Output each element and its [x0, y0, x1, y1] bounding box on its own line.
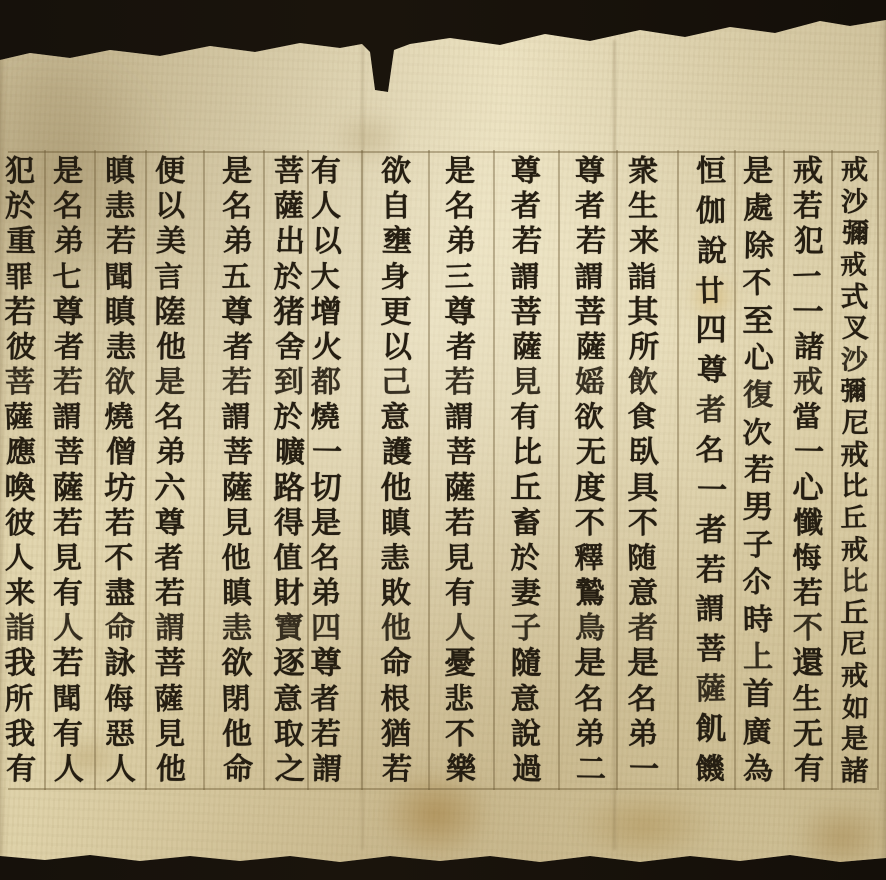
calligraphy-character: 見 [155, 720, 185, 750]
calligraphy-character: 逐 [273, 649, 304, 680]
text-column-3: 是處除不至心復次若男子尒時上首廣為 [737, 157, 779, 785]
calligraphy-character: 若 [696, 555, 726, 585]
calligraphy-character: 他 [381, 614, 411, 644]
calligraphy-character: 戒 [840, 252, 867, 279]
calligraphy-character: 若 [53, 368, 83, 398]
calligraphy-character: 名 [627, 685, 657, 715]
calligraphy-character: 具 [627, 473, 658, 504]
calligraphy-character: 值 [273, 544, 303, 574]
calligraphy-character: 時 [743, 605, 773, 635]
calligraphy-character: 當 [792, 403, 822, 433]
calligraphy-character: 鳥 [575, 614, 605, 644]
calligraphy-character: 心 [744, 344, 775, 375]
calligraphy-character: 更 [380, 297, 411, 328]
calligraphy-character: 是 [311, 509, 341, 539]
calligraphy-character: 聞 [104, 263, 134, 293]
text-column-5: 衆生来詣其所飲食臥具不随意者是名弟一 [622, 157, 664, 785]
calligraphy-character: 尊 [575, 157, 605, 187]
calligraphy-character: 若 [155, 579, 185, 609]
calligraphy-character: 薩 [444, 473, 475, 504]
calligraphy-character: 彌 [840, 378, 867, 405]
text-column-7: 尊者若謂菩薩見有比丘畜於妻子隨意說過 [505, 157, 547, 785]
calligraphy-character: 男 [742, 493, 773, 524]
calligraphy-character: 所 [4, 685, 34, 715]
calligraphy-character: 一 [792, 297, 823, 328]
calligraphy-character: 一 [629, 755, 660, 786]
calligraphy-character: 諸 [840, 757, 868, 785]
calligraphy-character: 火 [312, 333, 343, 364]
calligraphy-character: 若 [106, 227, 137, 258]
calligraphy-character: 詣 [627, 263, 657, 293]
calligraphy-character: 說 [511, 720, 541, 750]
calligraphy-character: 得 [274, 509, 304, 539]
calligraphy-character: 他 [221, 544, 251, 574]
calligraphy-character: 意 [273, 685, 303, 715]
text-column-15: 是名弟七尊者若謂菩薩若見有人若聞有人 [47, 157, 89, 785]
calligraphy-character: 三 [444, 263, 474, 293]
calligraphy-character: 見 [444, 544, 474, 574]
calligraphy-character: 欲 [381, 157, 411, 187]
calligraphy-character: 命 [223, 755, 254, 786]
calligraphy-character: 尊 [444, 297, 475, 328]
calligraphy-character: 人 [445, 614, 475, 644]
calligraphy-character: 尊 [511, 157, 541, 187]
calligraphy-character: 悔 [792, 544, 822, 574]
calligraphy-character: 若 [793, 192, 823, 222]
calligraphy-character: 意 [380, 403, 410, 433]
calligraphy-character: 一 [792, 263, 822, 293]
calligraphy-character: 謂 [574, 263, 604, 293]
calligraphy-character: 名 [695, 436, 725, 466]
calligraphy-character: 彼 [5, 509, 35, 539]
calligraphy-character: 菩 [54, 438, 85, 469]
calligraphy-character: 欲 [221, 649, 252, 680]
calligraphy-character: 六 [154, 473, 185, 504]
calligraphy-character: 有 [311, 157, 341, 187]
calligraphy-character: 四 [695, 316, 726, 347]
calligraphy-character: 尼 [841, 410, 869, 438]
calligraphy-character: 伽 [696, 197, 726, 227]
calligraphy-character: 侮 [104, 685, 134, 715]
calligraphy-character: 廿 [695, 277, 725, 307]
calligraphy-character: 詠 [104, 649, 135, 680]
calligraphy-character: 憂 [444, 649, 475, 680]
text-column-8: 是名弟三尊者若謂菩薩若見有人憂悲不樂 [439, 157, 481, 785]
calligraphy-character: 意 [628, 579, 658, 609]
calligraphy-character: 若 [512, 227, 543, 258]
calligraphy-character: 其 [627, 297, 658, 328]
calligraphy-character: 度 [574, 473, 605, 504]
calligraphy-character: 過 [512, 755, 543, 786]
calligraphy-character: 是 [445, 157, 475, 187]
calligraphy-character: 於 [510, 544, 540, 574]
calligraphy-character: 是 [840, 726, 867, 753]
calligraphy-character: 切 [310, 473, 341, 504]
calligraphy-character: 式 [840, 283, 868, 311]
calligraphy-character: 若 [105, 509, 135, 539]
calligraphy-character: 戒 [840, 536, 867, 563]
calligraphy-character: 謂 [312, 755, 343, 786]
calligraphy-character: 惡 [105, 720, 135, 750]
calligraphy-character: 瞋 [105, 157, 135, 187]
text-column-9: 欲自壅身更以己意護他瞋恚敗他命根猶若 [375, 157, 417, 785]
calligraphy-character: 閉 [221, 685, 251, 715]
calligraphy-character: 弟 [223, 227, 254, 258]
calligraphy-character: 饑 [695, 755, 725, 785]
manuscript-text: 戒沙彌戒式叉沙彌尼戒比丘戒比丘尼戒如是諸戒若犯一一諸戒當一心懺悔若不還生无有是處… [0, 0, 886, 880]
text-column-10: 有人以大增火都燒一切是名弟四尊者若謂 [305, 157, 347, 785]
calligraphy-character: 五 [221, 263, 251, 293]
calligraphy-character: 者 [695, 515, 726, 546]
calligraphy-character: 若 [576, 227, 607, 258]
calligraphy-character: 有 [794, 755, 825, 786]
calligraphy-character: 尊 [697, 356, 728, 387]
calligraphy-character: 他 [156, 755, 187, 786]
calligraphy-character: 名 [310, 544, 340, 574]
calligraphy-character: 聞 [52, 685, 82, 715]
calligraphy-character: 者 [54, 333, 85, 364]
calligraphy-character: 我 [4, 649, 35, 680]
calligraphy-character: 若 [744, 456, 775, 487]
calligraphy-character: 戒 [793, 368, 823, 398]
calligraphy-character: 薩 [696, 675, 726, 705]
calligraphy-character: 不 [628, 509, 658, 539]
calligraphy-character: 薩 [154, 685, 184, 715]
calligraphy-character: 為 [743, 755, 773, 785]
calligraphy-character: 路 [273, 473, 304, 504]
calligraphy-character: 恚 [106, 333, 137, 364]
calligraphy-character: 身 [380, 263, 410, 293]
calligraphy-character: 尊 [221, 297, 252, 328]
calligraphy-character: 彼 [6, 333, 37, 364]
calligraphy-character: 出 [275, 227, 306, 258]
calligraphy-character: 沙 [840, 347, 867, 374]
calligraphy-character: 燒 [310, 403, 340, 433]
calligraphy-character: 尼 [840, 631, 867, 658]
calligraphy-character: 以 [155, 192, 185, 222]
calligraphy-character: 謂 [695, 596, 725, 626]
calligraphy-character: 薩 [221, 473, 252, 504]
calligraphy-character: 弟 [54, 227, 85, 258]
calligraphy-character: 處 [743, 194, 773, 224]
calligraphy-character: 他 [156, 333, 187, 364]
calligraphy-character: 若 [52, 649, 83, 680]
calligraphy-character: 有 [53, 720, 83, 750]
calligraphy-character: 見 [52, 544, 82, 574]
calligraphy-character: 者 [575, 192, 605, 222]
calligraphy-character: 於 [273, 263, 303, 293]
calligraphy-character: 名 [445, 192, 475, 222]
scroll-paper: 戒沙彌戒式叉沙彌尼戒比丘戒比丘尼戒如是諸戒若犯一一諸戒當一心懺悔若不還生无有是處… [0, 0, 886, 880]
calligraphy-character: 寶 [274, 614, 304, 644]
calligraphy-character: 菩 [5, 368, 35, 398]
calligraphy-character: 弟 [446, 227, 477, 258]
calligraphy-character: 者 [154, 544, 184, 574]
calligraphy-character: 不 [793, 614, 823, 644]
calligraphy-character: 壅 [382, 227, 413, 258]
calligraphy-character: 来 [629, 227, 660, 258]
text-column-2: 戒若犯一一諸戒當一心懺悔若不還生无有 [787, 157, 829, 785]
calligraphy-character: 无 [576, 438, 607, 469]
calligraphy-character: 人 [106, 755, 137, 786]
calligraphy-character: 不 [575, 509, 605, 539]
calligraphy-character: 謂 [52, 403, 82, 433]
calligraphy-character: 生 [792, 685, 822, 715]
calligraphy-character: 若 [445, 509, 475, 539]
calligraphy-character: 有 [510, 403, 540, 433]
calligraphy-character: 猶 [381, 720, 411, 750]
calligraphy-character: 所 [629, 333, 660, 364]
calligraphy-character: 名 [53, 192, 83, 222]
calligraphy-character: 恚 [222, 614, 252, 644]
calligraphy-character: 有 [445, 579, 475, 609]
calligraphy-character: 薩 [576, 333, 607, 364]
calligraphy-character: 一 [697, 476, 728, 507]
calligraphy-character: 比 [840, 568, 867, 595]
calligraphy-character: 者 [446, 333, 477, 364]
text-column-14: 瞋恚若聞瞋恚欲燒僧坊若不盡命詠侮惡人 [99, 157, 141, 785]
calligraphy-character: 瞋 [104, 297, 135, 328]
calligraphy-character: 瞋 [222, 579, 252, 609]
calligraphy-character: 於 [273, 403, 303, 433]
calligraphy-character: 他 [380, 473, 411, 504]
calligraphy-character: 衆 [628, 157, 658, 187]
calligraphy-character: 一 [794, 438, 825, 469]
calligraphy-character: 謂 [155, 614, 185, 644]
calligraphy-character: 戒 [793, 157, 823, 187]
calligraphy-character: 尊 [155, 509, 185, 539]
calligraphy-character: 飲 [628, 368, 658, 398]
calligraphy-character: 一 [312, 438, 343, 469]
calligraphy-character: 諸 [794, 333, 825, 364]
calligraphy-character: 若 [445, 368, 475, 398]
calligraphy-character: 不 [104, 544, 134, 574]
calligraphy-character: 廣 [742, 718, 772, 748]
calligraphy-character: 若 [222, 368, 252, 398]
calligraphy-character: 說 [697, 236, 728, 267]
calligraphy-character: 薩 [274, 192, 304, 222]
calligraphy-character: 丘 [840, 505, 867, 532]
calligraphy-character: 隨 [510, 649, 541, 680]
calligraphy-character: 生 [628, 192, 658, 222]
calligraphy-character: 取 [274, 720, 304, 750]
calligraphy-character: 僧 [106, 438, 137, 469]
calligraphy-character: 燒 [104, 403, 134, 433]
calligraphy-character: 根 [380, 685, 410, 715]
calligraphy-character: 丘 [840, 599, 868, 627]
calligraphy-character: 命 [105, 614, 135, 644]
calligraphy-character: 悲 [444, 685, 474, 715]
calligraphy-character: 者 [696, 396, 726, 426]
calligraphy-character: 是 [743, 157, 773, 187]
calligraphy-character: 名 [222, 192, 252, 222]
text-column-6: 尊者若謂菩薩媱欲无度不釋鷙鳥是名弟二 [569, 157, 611, 785]
calligraphy-character: 若 [311, 720, 341, 750]
calligraphy-character: 隓 [154, 297, 185, 328]
calligraphy-character: 謂 [221, 403, 251, 433]
calligraphy-character: 舍 [275, 333, 306, 364]
calligraphy-character: 弟 [311, 579, 341, 609]
calligraphy-character: 戒 [840, 441, 868, 469]
calligraphy-character: 樂 [446, 755, 477, 786]
calligraphy-character: 臥 [629, 438, 660, 469]
calligraphy-character: 護 [382, 438, 413, 469]
calligraphy-character: 有 [6, 755, 37, 786]
calligraphy-character: 見 [222, 509, 252, 539]
calligraphy-character: 命 [380, 649, 411, 680]
calligraphy-character: 犯 [5, 157, 35, 187]
calligraphy-character: 是 [155, 368, 185, 398]
calligraphy-character: 有 [53, 579, 83, 609]
calligraphy-character: 罪 [4, 263, 34, 293]
calligraphy-character: 之 [275, 755, 306, 786]
calligraphy-character: 見 [511, 368, 541, 398]
calligraphy-character: 坊 [104, 473, 135, 504]
calligraphy-character: 詣 [5, 614, 35, 644]
calligraphy-character: 是 [627, 649, 658, 680]
calligraphy-character: 釋 [574, 544, 604, 574]
calligraphy-character: 弟 [156, 438, 187, 469]
text-column-16: 犯於重罪若彼菩薩應喚彼人来詣我所我有 [0, 157, 41, 785]
calligraphy-character: 子 [511, 614, 541, 644]
calligraphy-character: 者 [310, 685, 340, 715]
calligraphy-character: 懺 [793, 509, 823, 539]
calligraphy-character: 恚 [380, 544, 410, 574]
calligraphy-character: 二 [576, 755, 607, 786]
calligraphy-character: 彌 [841, 220, 869, 248]
calligraphy-character: 子 [743, 531, 773, 561]
calligraphy-character: 曠 [275, 438, 306, 469]
calligraphy-character: 尒 [742, 568, 772, 598]
calligraphy-character: 比 [840, 473, 867, 500]
calligraphy-character: 欲 [574, 403, 604, 433]
calligraphy-character: 不 [742, 269, 772, 299]
calligraphy-character: 比 [512, 438, 543, 469]
calligraphy-character: 菩 [223, 438, 254, 469]
calligraphy-character: 名 [154, 403, 184, 433]
calligraphy-character: 畜 [511, 509, 541, 539]
calligraphy-character: 弟 [575, 720, 605, 750]
calligraphy-character: 都 [311, 368, 341, 398]
calligraphy-character: 便 [155, 157, 185, 187]
calligraphy-character: 戒 [840, 663, 867, 690]
calligraphy-character: 還 [792, 649, 823, 680]
calligraphy-character: 来 [5, 579, 35, 609]
calligraphy-character: 應 [6, 438, 37, 469]
calligraphy-character: 菩 [574, 297, 605, 328]
calligraphy-character: 叉 [841, 315, 869, 343]
calligraphy-character: 戒 [840, 157, 867, 184]
calligraphy-character: 恒 [696, 157, 726, 187]
calligraphy-character: 到 [274, 368, 304, 398]
calligraphy-character: 随 [627, 544, 657, 574]
calligraphy-character: 敗 [381, 579, 411, 609]
calligraphy-character: 重 [6, 227, 37, 258]
calligraphy-character: 是 [574, 649, 605, 680]
calligraphy-character: 盡 [105, 579, 135, 609]
calligraphy-character: 若 [793, 579, 823, 609]
calligraphy-character: 上 [743, 643, 773, 673]
calligraphy-character: 菩 [154, 649, 185, 680]
calligraphy-character: 人 [53, 614, 83, 644]
calligraphy-character: 丘 [510, 473, 541, 504]
calligraphy-character: 鷙 [575, 579, 605, 609]
text-column-12: 是名弟五尊者若謂菩薩見他瞋恚欲閉他命 [216, 157, 258, 785]
calligraphy-character: 薩 [512, 333, 543, 364]
calligraphy-character: 自 [381, 192, 411, 222]
calligraphy-character: 於 [5, 192, 35, 222]
text-column-1: 戒沙彌戒式叉沙彌尼戒比丘戒比丘尼戒如是諸 [833, 157, 875, 785]
calligraphy-character: 大 [310, 263, 340, 293]
calligraphy-character: 者 [511, 192, 541, 222]
calligraphy-character: 尊 [52, 297, 83, 328]
calligraphy-character: 我 [5, 720, 35, 750]
calligraphy-character: 人 [4, 544, 34, 574]
calligraphy-character: 四 [311, 614, 341, 644]
calligraphy-character: 若 [382, 755, 413, 786]
calligraphy-character: 增 [310, 297, 341, 328]
calligraphy-character: 菩 [696, 635, 726, 665]
calligraphy-character: 己 [381, 368, 411, 398]
calligraphy-character: 他 [222, 720, 252, 750]
calligraphy-character: 不 [445, 720, 475, 750]
calligraphy-character: 者 [223, 333, 254, 364]
calligraphy-character: 菩 [446, 438, 477, 469]
text-column-4: 恒伽說廿四尊者名一者若謂菩薩飢饑 [690, 157, 732, 785]
calligraphy-character: 喚 [4, 473, 35, 504]
calligraphy-character: 首 [742, 680, 773, 711]
calligraphy-character: 薩 [4, 403, 34, 433]
calligraphy-character: 財 [274, 579, 304, 609]
calligraphy-character: 是 [53, 157, 83, 187]
calligraphy-character: 飢 [695, 714, 726, 745]
text-column-11: 菩薩出於猪舍到於曠路得值財寶逐意取之 [268, 157, 310, 785]
calligraphy-character: 尊 [310, 649, 341, 680]
calligraphy-character: 言 [154, 263, 184, 293]
calligraphy-character: 菩 [510, 297, 541, 328]
calligraphy-character: 謂 [444, 403, 474, 433]
calligraphy-character: 心 [792, 473, 823, 504]
text-column-13: 便以美言隓他是名弟六尊者若謂菩薩見他 [149, 157, 191, 785]
calligraphy-character: 人 [311, 192, 341, 222]
calligraphy-character: 瞋 [381, 509, 411, 539]
calligraphy-character: 无 [793, 720, 823, 750]
calligraphy-character: 媱 [575, 368, 605, 398]
calligraphy-character: 以 [312, 227, 343, 258]
calligraphy-character: 除 [744, 231, 775, 262]
calligraphy-character: 恚 [105, 192, 135, 222]
calligraphy-character: 以 [382, 333, 413, 364]
calligraphy-character: 人 [54, 755, 85, 786]
calligraphy-character: 欲 [105, 368, 135, 398]
calligraphy-character: 菩 [274, 157, 304, 187]
calligraphy-character: 猪 [273, 297, 304, 328]
calligraphy-character: 食 [627, 403, 657, 433]
calligraphy-character: 復 [743, 381, 773, 411]
calligraphy-character: 犯 [794, 227, 825, 258]
calligraphy-character: 七 [52, 263, 82, 293]
manuscript-photo: 戒沙彌戒式叉沙彌尼戒比丘戒比丘尼戒如是諸戒若犯一一諸戒當一心懺悔若不還生无有是處… [0, 0, 886, 880]
calligraphy-character: 意 [510, 685, 540, 715]
calligraphy-character: 名 [574, 685, 604, 715]
calligraphy-character: 至 [742, 306, 773, 337]
calligraphy-character: 弟 [628, 720, 658, 750]
calligraphy-character: 是 [222, 157, 252, 187]
calligraphy-character: 沙 [840, 188, 867, 215]
calligraphy-character: 次 [742, 419, 772, 449]
calligraphy-character: 者 [628, 614, 658, 644]
calligraphy-character: 若 [4, 297, 35, 328]
